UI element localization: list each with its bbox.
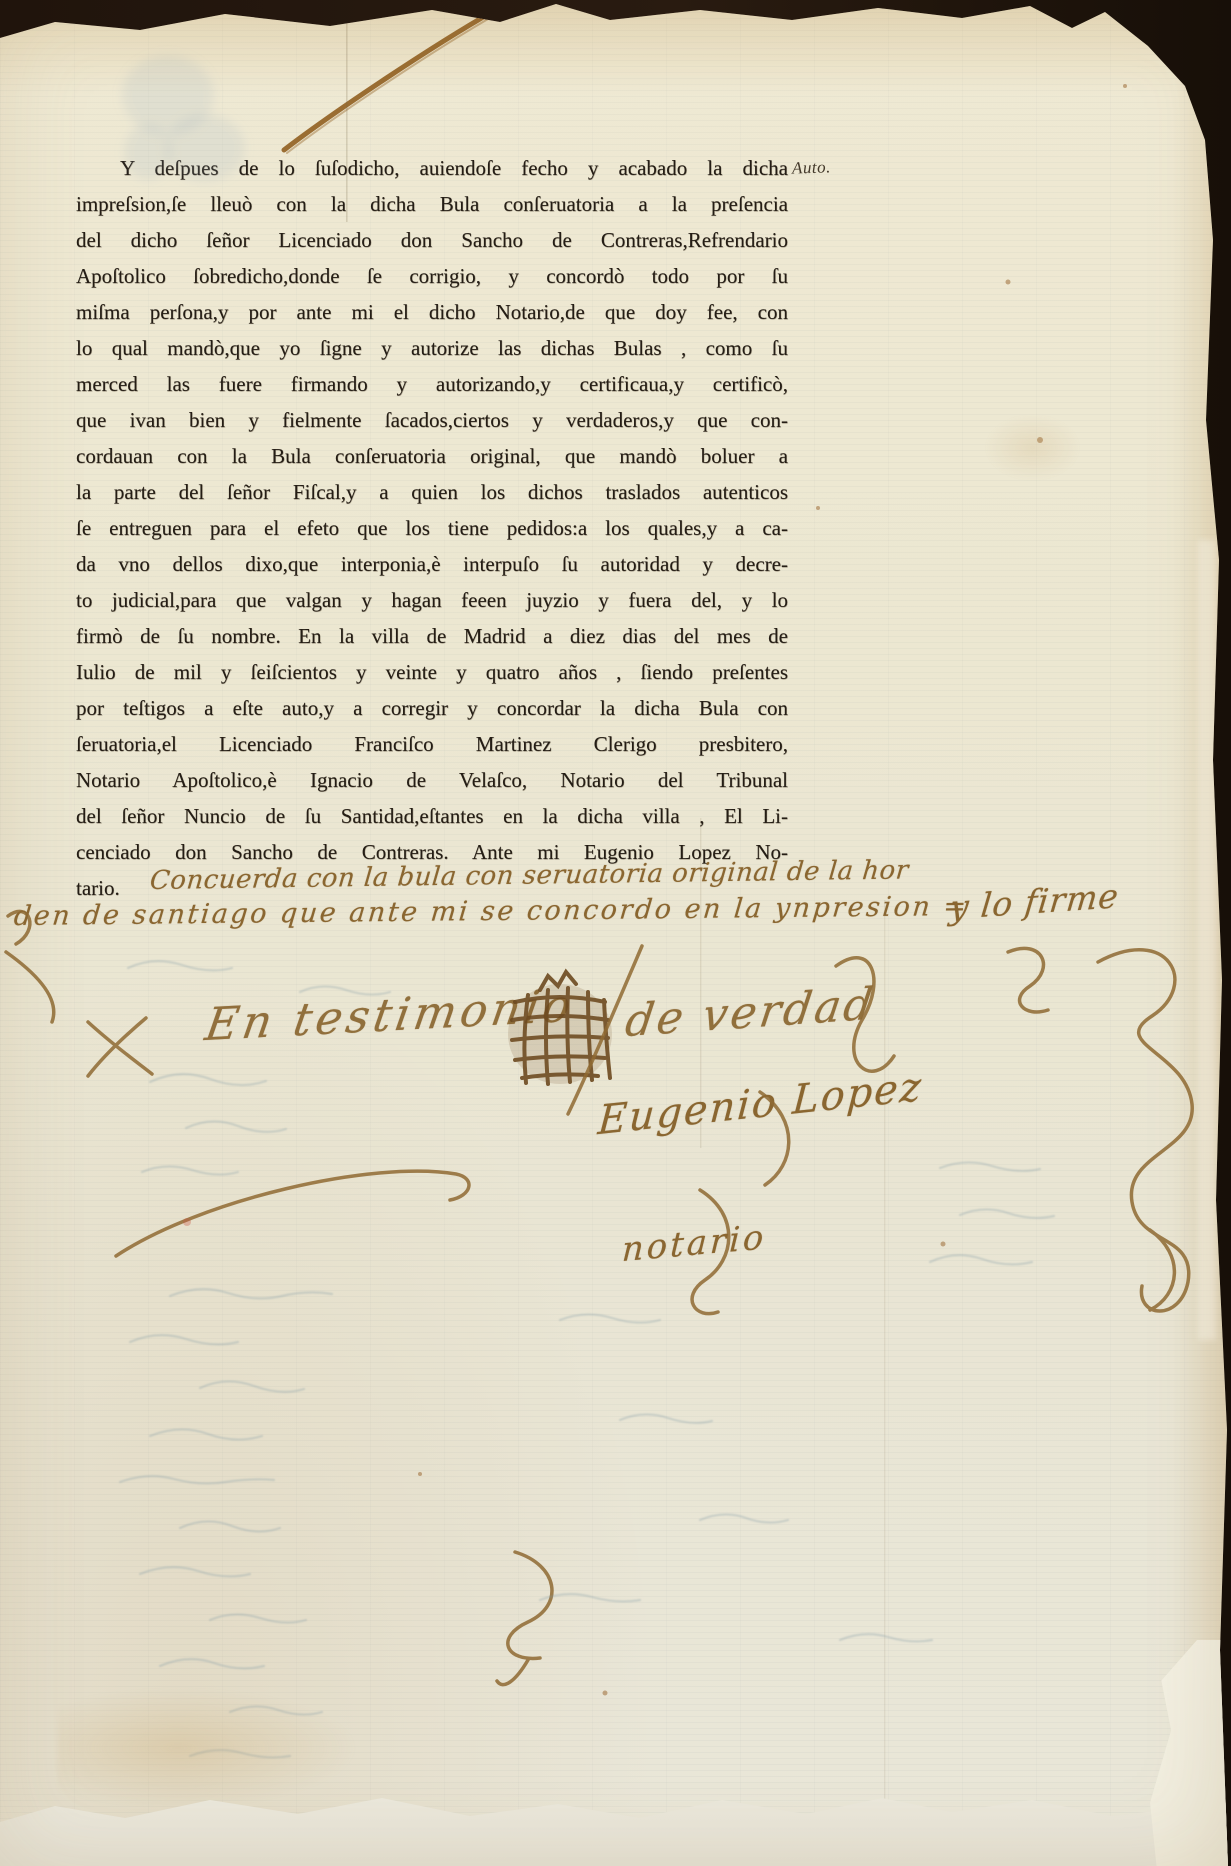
margin-note-auto: Auto. <box>792 157 832 178</box>
stain <box>58 1688 358 1808</box>
paragraph-line: lo qual mandò,que yo ſigne y autorize la… <box>76 330 788 366</box>
attestation-de-verdad: de verdad <box>622 978 878 1047</box>
paragraph-line: por teſtigos a eſte auto,y a corregir y … <box>76 690 788 726</box>
fore-edge-highlight <box>1198 540 1216 1340</box>
signature-flourishes <box>6 911 1192 1684</box>
handwritten-concordance-closing: y lo firme <box>948 876 1121 927</box>
paragraph-line: Apoſtolico ſobredicho,donde ſe corrigio,… <box>76 258 788 294</box>
paragraph-line: Iulio de mil y ſeiſcientos y veinte y qu… <box>76 654 788 690</box>
printed-paragraph: Y deſpues de lo ſuſodicho, auiendoſe fec… <box>76 150 788 906</box>
signature-eugenio-lopez: Eugenio Lopez <box>596 1064 924 1145</box>
paragraph-line: cordauan con la Bula conſeruatoria origi… <box>76 438 788 474</box>
paragraph-line: miſma perſona,y por ante mi el dicho Not… <box>76 294 788 330</box>
pen-stroke-icon <box>284 12 495 153</box>
document-page: Y deſpues de lo ſuſodicho, auiendoſe fec… <box>0 0 1231 1866</box>
attestation-en-testimonio: En testimonio <box>202 978 579 1051</box>
paragraph-line: to judicial,para que valgan y hagan feee… <box>76 582 788 618</box>
paragraph-line: da vno dellos dixo,que interponia,è inte… <box>76 546 788 582</box>
photographed-manuscript: Y deſpues de lo ſuſodicho, auiendoſe fec… <box>0 0 1231 1866</box>
stain <box>985 415 1080 480</box>
paragraph-line: impreſsion,ſe lleuò con la dicha Bula co… <box>76 186 788 222</box>
paragraph-line: que ivan bien y fielmente ſacados,cierto… <box>76 402 788 438</box>
paragraph-line: ſe entreguen para el efeto que los tiene… <box>76 510 788 546</box>
paragraph-line: merced las fuere firmando y autorizando,… <box>76 366 788 402</box>
paragraph-line: Y deſpues de lo ſuſodicho, auiendoſe fec… <box>76 150 788 186</box>
paragraph-line: firmò de ſu nombre. En la villa de Madri… <box>76 618 788 654</box>
torn-paper-slip <box>1150 1640 1231 1866</box>
paragraph-line: Notario Apoſtolico,è Ignacio de Velaſco,… <box>76 762 788 798</box>
paragraph-line: del ſeñor Nuncio de ſu Santidad,eſtantes… <box>76 798 788 834</box>
paragraph-line: ſeruatoria,el Licenciado Franciſco Marti… <box>76 726 788 762</box>
signature-title-notario: notario <box>621 1217 767 1270</box>
paragraph-line: la parte del ſeñor Fiſcal,y a quien los … <box>76 474 788 510</box>
paragraph-line: del dicho ſeñor Licenciado don Sancho de… <box>76 222 788 258</box>
